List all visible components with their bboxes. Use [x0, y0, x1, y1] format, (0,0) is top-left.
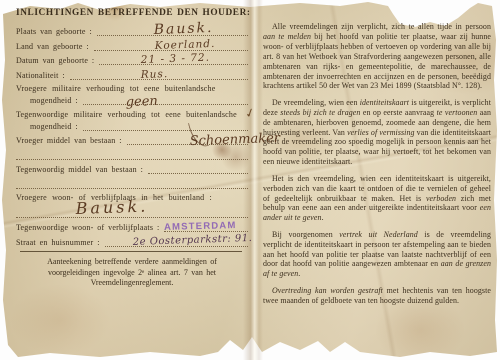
- form-fields: Plaats van geboorte :Bausk.Land van gebo…: [16, 26, 248, 247]
- regulation-paragraph-5: Overtreding kan worden gestraft met hech…: [263, 286, 491, 306]
- field-line: mogendheid :: [16, 121, 248, 131]
- field-line: mogendheid :geen: [16, 95, 248, 105]
- form-field-tegenwoordige-woon-of-verblijfplaats: Tegenwoordige woon- of verblijfplaats :A…: [16, 222, 248, 232]
- italic-phrase: Overtreding kan worden gestraft: [272, 286, 383, 295]
- italic-phrase: steeds bij zich te dragen: [280, 108, 360, 117]
- italic-phrase: identiteitskaart: [360, 98, 409, 107]
- dotted-line: Schoenmaker: [127, 135, 248, 145]
- dotted-line: [83, 121, 248, 131]
- field-line: Datum van geboorte :21 - 3 - 72.: [16, 55, 248, 65]
- dotted-line: Koerland.: [94, 41, 248, 51]
- dotted-line: Bausk.: [16, 204, 248, 218]
- text-run: .: [322, 213, 324, 222]
- text-run: Bij voorgenomen: [272, 230, 339, 239]
- field-line: Land van geboorte :Koerland.: [16, 41, 248, 51]
- form-field-datum-van-geboorte: Datum van geboorte :21 - 3 - 72.: [16, 55, 248, 65]
- dotted-line: [148, 164, 248, 174]
- regulation-paragraph-2: De vreemdeling, wien een identiteitskaar…: [263, 98, 491, 167]
- field-label: Vroegere militaire verhouding tot eene b…: [16, 84, 248, 93]
- dotted-line: [16, 179, 248, 189]
- field-label: Plaats van geboorte :: [16, 27, 92, 36]
- italic-phrase: verlies of vermissing: [347, 128, 414, 137]
- form-field-vroegere-woon-of-verblijfplaats-buitenland: Vroegere woon- of verblijfplaats in het …: [16, 193, 248, 218]
- section-divider: [20, 251, 242, 252]
- text-run: Alle vreemdelingen zijn verplicht, zich …: [272, 22, 491, 31]
- dotted-line: geen: [83, 95, 248, 105]
- field-label: Tegenwoordige woon- of verblijfplaats :: [16, 223, 159, 232]
- field-line: Nationaliteit :Rus.: [16, 70, 248, 80]
- dotted-line: [16, 150, 248, 160]
- form-field-land-van-geboorte: Land van geboorte :Koerland.: [16, 41, 248, 51]
- handwritten-value: geen: [125, 94, 158, 110]
- text-run: De vreemdeling, wien een: [272, 98, 360, 107]
- dotted-line: Bausk.: [97, 26, 248, 36]
- handwritten-value: Schoenmaker: [189, 131, 280, 149]
- text-run: en op eerste aanvraag: [360, 108, 436, 117]
- italic-phrase: vertrek uit Nederland: [339, 230, 418, 239]
- page-title: INLICHTINGEN BETREFFENDE DEN HOUDER:: [16, 8, 248, 18]
- field-line: Vroeger middel van bestaan :Schoenmaker: [16, 135, 248, 145]
- handwritten-value: 21 - 3 - 72.: [141, 52, 211, 66]
- stamp-amsterdam: AMSTERDAM: [164, 220, 237, 233]
- handwritten-value: Bausk.: [76, 196, 149, 218]
- left-page: INLICHTINGEN BETREFFENDE DEN HOUDER: Pla…: [16, 8, 248, 289]
- dotted-line: Rus.: [70, 70, 248, 80]
- italic-phrase: te vertoonen: [437, 108, 478, 117]
- dotted-line: 2e Oosterparkstr: 91.: [105, 237, 248, 247]
- field-label: Nationaliteit :: [16, 71, 65, 80]
- handwritten-value: 2e Oosterparkstr: 91.: [133, 232, 253, 247]
- field-label: Tegenwoordige militaire verhouding tot e…: [16, 110, 248, 119]
- right-page: Alle vreemdelingen zijn verplicht, zich …: [263, 22, 491, 312]
- form-field-tegenwoordige-militaire-verhouding: Tegenwoordige militaire verhouding tot e…: [16, 110, 248, 131]
- field-line: Plaats van geboorte :Bausk.: [16, 26, 248, 36]
- form-field-vroeger-middel-van-bestaan: Vroeger middel van bestaan :Schoenmaker: [16, 135, 248, 160]
- italic-phrase: verboden: [426, 194, 456, 203]
- right-page-text: Alle vreemdelingen zijn verplicht, zich …: [263, 22, 491, 306]
- dotted-line: 21 - 3 - 72.: [99, 55, 248, 65]
- handwritten-value: Rus.: [141, 68, 169, 81]
- handwritten-value: Koerland.: [155, 37, 216, 51]
- form-field-plaats-van-geboorte: Plaats van geboorte :Bausk.: [16, 26, 248, 36]
- handwritten-value: Bausk.: [154, 20, 214, 38]
- field-label: Vroeger middel van bestaan :: [16, 136, 122, 145]
- form-field-vroegere-militaire-verhouding: Vroegere militaire verhouding tot eene b…: [16, 84, 248, 105]
- field-line: Straat en huisnummer :2e Oosterparkstr: …: [16, 237, 248, 247]
- field-label: Tegenwoordig middel van bestaan :: [16, 165, 143, 174]
- regulation-paragraph-4: Bij voorgenomen vertrek uit Nederland is…: [263, 230, 491, 280]
- form-field-tegenwoordig-middel-van-bestaan: Tegenwoordig middel van bestaan :: [16, 164, 248, 189]
- regulation-paragraph-3: Het is den vreemdeling, wien een identit…: [263, 174, 491, 224]
- annotation-note: Aanteekening betreffende verdere aanmeld…: [16, 257, 248, 289]
- text-run: .: [298, 269, 300, 278]
- field-label-2: mogendheid :: [30, 96, 78, 105]
- italic-phrase: aan te melden: [263, 32, 311, 41]
- dotted-line: AMSTERDAM: [164, 222, 248, 232]
- field-label-2: mogendheid :: [30, 122, 78, 131]
- form-field-nationaliteit: Nationaliteit :Rus.: [16, 70, 248, 80]
- field-label: Datum van geboorte :: [16, 56, 94, 65]
- field-label: Land van geboorte :: [16, 42, 89, 51]
- regulation-paragraph-1: Alle vreemdelingen zijn verplicht, zich …: [263, 22, 491, 91]
- field-label: Straat en huisnummer :: [16, 238, 100, 247]
- field-line: Tegenwoordige woon- of verblijfplaats :A…: [16, 222, 248, 232]
- field-line: Tegenwoordig middel van bestaan :: [16, 164, 248, 174]
- form-field-straat-en-huisnummer: Straat en huisnummer :2e Oosterparkstr: …: [16, 237, 248, 247]
